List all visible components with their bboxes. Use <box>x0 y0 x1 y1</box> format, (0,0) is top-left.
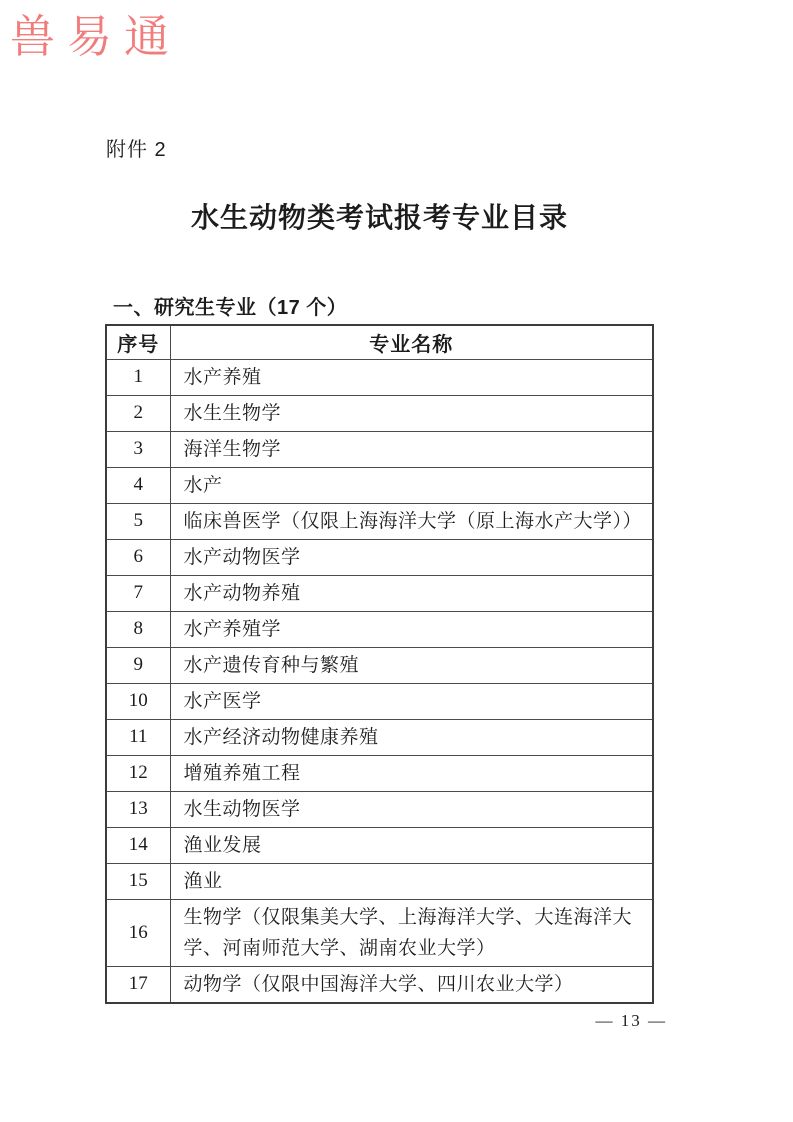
row-major-name: 海洋生物学 <box>170 431 653 467</box>
table-row: 6 水产动物医学 <box>106 539 653 575</box>
table-row: 5 临床兽医学（仅限上海海洋大学（原上海水产大学）） <box>106 503 653 539</box>
row-number: 15 <box>106 863 170 899</box>
row-number: 4 <box>106 467 170 503</box>
table-row: 8 水产养殖学 <box>106 611 653 647</box>
page-title: 水生动物类考试报考专业目录 <box>105 196 654 236</box>
row-number: 5 <box>106 503 170 539</box>
row-number: 9 <box>106 647 170 683</box>
row-major-name: 水产养殖学 <box>170 611 653 647</box>
row-number: 14 <box>106 827 170 863</box>
row-major-name: 水生生物学 <box>170 395 653 431</box>
row-number: 3 <box>106 431 170 467</box>
row-number: 17 <box>106 966 170 1003</box>
row-major-name: 渔业发展 <box>170 827 653 863</box>
document-page: 兽易通 附件 2 水生动物类考试报考专业目录 一、研究生专业（17 个） 序号 … <box>0 0 793 1122</box>
row-major-name: 水产养殖 <box>170 359 653 395</box>
table-row: 3 海洋生物学 <box>106 431 653 467</box>
row-major-name: 水产动物养殖 <box>170 575 653 611</box>
table-row: 11 水产经济动物健康养殖 <box>106 719 653 755</box>
section-heading: 一、研究生专业（17 个） <box>113 291 347 320</box>
table-header: 序号 专业名称 <box>106 325 653 359</box>
row-major-name: 增殖养殖工程 <box>170 755 653 791</box>
row-number: 13 <box>106 791 170 827</box>
row-number: 8 <box>106 611 170 647</box>
row-major-name: 水产经济动物健康养殖 <box>170 719 653 755</box>
table-row: 13 水生动物医学 <box>106 791 653 827</box>
table-row: 15 渔业 <box>106 863 653 899</box>
table-row: 2 水生生物学 <box>106 395 653 431</box>
row-major-name: 水产遗传育种与繁殖 <box>170 647 653 683</box>
row-number: 10 <box>106 683 170 719</box>
row-number: 6 <box>106 539 170 575</box>
row-major-name: 水产医学 <box>170 683 653 719</box>
row-major-name: 水产 <box>170 467 653 503</box>
row-number: 1 <box>106 359 170 395</box>
table-row: 17 动物学（仅限中国海洋大学、四川农业大学） <box>106 966 653 1003</box>
table-row: 12 增殖养殖工程 <box>106 755 653 791</box>
table-row: 14 渔业发展 <box>106 827 653 863</box>
row-number: 2 <box>106 395 170 431</box>
row-number: 12 <box>106 755 170 791</box>
column-header-no: 序号 <box>106 325 170 359</box>
table-row: 9 水产遗传育种与繁殖 <box>106 647 653 683</box>
row-major-name: 临床兽医学（仅限上海海洋大学（原上海水产大学）） <box>170 503 653 539</box>
row-major-name: 动物学（仅限中国海洋大学、四川农业大学） <box>170 966 653 1003</box>
watermark-logo: 兽易通 <box>10 0 181 65</box>
table-body: 1 水产养殖 2 水生生物学 3 海洋生物学 4 水产 5 临床兽医学（仅限上海… <box>106 359 653 1003</box>
row-major-name: 渔业 <box>170 863 653 899</box>
row-number: 11 <box>106 719 170 755</box>
table-header-row: 序号 专业名称 <box>106 325 653 359</box>
table-row: 4 水产 <box>106 467 653 503</box>
page-number: — 13 — <box>596 1011 668 1031</box>
row-major-name: 水产动物医学 <box>170 539 653 575</box>
majors-table: 序号 专业名称 1 水产养殖 2 水生生物学 3 海洋生物学 4 水产 5 临床… <box>105 324 654 1004</box>
table-row: 16 生物学（仅限集美大学、上海海洋大学、大连海洋大学、河南师范大学、湖南农业大… <box>106 899 653 966</box>
column-header-major: 专业名称 <box>170 325 653 359</box>
attachment-label: 附件 2 <box>106 133 167 162</box>
row-number: 7 <box>106 575 170 611</box>
row-major-name: 生物学（仅限集美大学、上海海洋大学、大连海洋大学、河南师范大学、湖南农业大学） <box>170 899 653 966</box>
row-number: 16 <box>106 899 170 966</box>
row-major-name: 水生动物医学 <box>170 791 653 827</box>
table-row: 1 水产养殖 <box>106 359 653 395</box>
table-row: 7 水产动物养殖 <box>106 575 653 611</box>
table-row: 10 水产医学 <box>106 683 653 719</box>
